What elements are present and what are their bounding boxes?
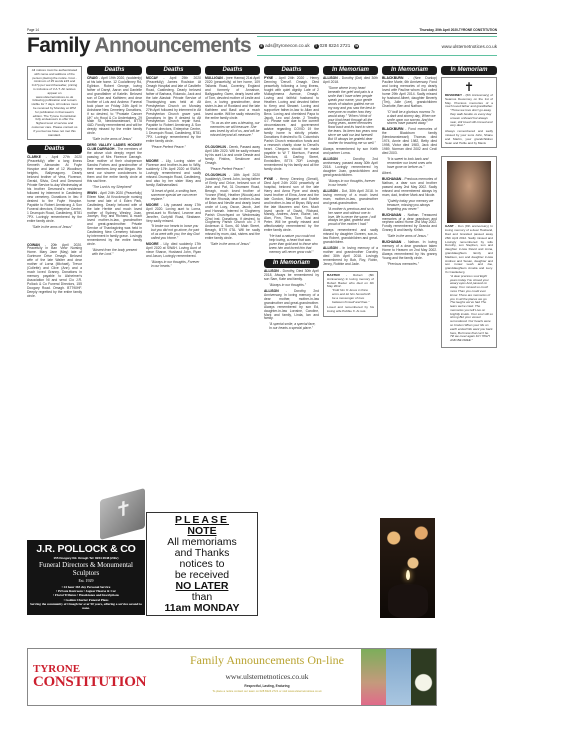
notice-verse: "To us as she was a blessing, our memori… [205,122,260,138]
notice-entry: BLACKBURN - Fond memories of the Blackbu… [382,128,437,156]
column-2: Deaths CRAIG - April 19th 2020, (suddenl… [87,66,142,259]
notice-verse: "Safe in the arms of Jesus." [382,235,437,239]
notice-entry: MOORE - Lily, Loving sister of Florence … [146,160,201,188]
notice-entry: COWAN - 20th April 2020. Peacefully in B… [27,244,82,299]
notice-verse: "Fold him O Jesus in thine arms and let … [327,289,374,304]
column-5: Deaths PYNE - April 24th 2020 - Henry De… [264,66,319,333]
title-family: Family [27,34,90,57]
notice-entry: MULLIGAN - (nee Hanna) 21st April 2020 (… [205,77,260,120]
notice-verse: "A special smile, a special face, In our… [264,323,319,331]
notice-entry: CLARKE - April 27th 2020 (Peacefully) af… [27,156,82,223]
notice-entry: BUCHANAN - Precious memories of Nathan, … [382,178,437,198]
notice-entry: PYNE - Henry Denning (Denzil), Died Apri… [264,178,319,233]
notice-entry: BUCHANAN - Nathan. Treasured memories of… [382,214,437,234]
banner-text: Family Announcements On-line www.ulstern… [173,649,361,705]
pollock-advert: J.R. POLLOCK & CO 155 Doogary Rd. Omagh … [27,540,145,615]
contact-bar: Eads@tyronecon.co.uk T028 8224 2721 W ww… [257,36,497,56]
please-note-box: PLEASE NOTE All memoriams and Thanks not… [146,512,258,616]
memoriam-heading: In Memoriam [323,66,378,75]
notice-entry: ALLISON - Dot, 30th April 2018. In lovin… [323,190,378,206]
lily-photo [411,649,436,705]
notice-entry: MOORE - Lily, died suddenly 17th April 2… [146,243,201,259]
advert-address: 155 Doogary Rd. Omagh Tel: 8224 2048 (24… [27,556,145,560]
banner-images [361,649,436,705]
advert-company-name: J.R. POLLOCK & CO [27,543,145,555]
notice-entry: BLACKBURN - (Nee Dunlop) Pauline Marie, … [382,77,437,109]
gant-notice-box: GANT - Don (8th anniversary) In loving m… [441,156,497,348]
web-icon: W [354,44,359,49]
child-photo [361,649,386,705]
notice-verse: "Always in our thoughts, Forever in our … [146,261,201,269]
notice-entry: IRWIN - April 24th 2020 (Peacefully) Eil… [87,192,142,247]
notice-verse: "Quietly today your memory we treasure, … [382,200,437,212]
advert-established: Est. 1929 [27,578,145,583]
notice-verse: "Peace Perfect Peace." [146,146,201,150]
notice-verse: "Always in our thoughts." [264,284,319,288]
portrait-photo [447,161,491,223]
phone-icon: T [314,44,319,49]
memoriam-heading: In Memoriam [441,66,497,75]
notice-entry: Always remembered and sadly missed by da… [323,229,378,245]
flame-icon [406,570,410,580]
memoriam-heading: In Memoriam [382,66,437,75]
notice-verse: "Peace Perfect Peace." [205,168,260,172]
notice-entry: PYNE - April 24th 2020 - Henry Denning '… [264,77,319,172]
notice-entry: MOORE - Lily passed away 17th April 2020… [146,204,201,224]
baxter-notice-box: BAXTER - Robert (8th Anniversary) In lov… [323,271,378,317]
notice-entry: Albert. [382,172,437,176]
column-7: In Memoriam BLACKBURN - (Nee Dunlop) Pau… [382,66,437,269]
notice-verse: "Precious memories." [382,263,437,267]
notice-verse: "Absent from the body present with the L… [87,249,142,257]
notice-entry: BUCHANAN - Nathan. In loving memory of a… [382,241,437,261]
column-3: Deaths MCCAY - April 25th 2020 (Peaceful… [146,66,201,271]
email-icon: E [259,44,264,49]
banner-contact: To place a notice contact our team on 02… [173,689,361,693]
notice-verse: "O' twill be a glorious morrow To a dark… [382,111,437,127]
deaths-heading: Deaths [27,145,82,154]
online-banner[interactable]: TYRONE CONSTITUTION Family Announcements… [27,648,437,706]
deaths-heading: Deaths [87,66,142,75]
notice-entry: ALLISON - Dorothy (Dot) died 30th April … [323,77,378,85]
notice-verse: "It broke our hearts to loose you but yo… [146,225,201,241]
notice-verse: "Safe in the arms of Jesus" [27,226,82,230]
dove-photo [386,649,411,705]
banner-tagline: Respectful, Lasting, Enduring [173,684,361,688]
column-1: All notices must be authenticated with n… [27,66,82,301]
advert-services: • 24 hour 365 day Personal Service • Pri… [27,585,145,602]
deaths-heading: Deaths [146,66,201,75]
notice-entry: ALLISON - Dorothy, 2nd anniversary, pass… [323,158,378,178]
phone-number[interactable]: 028 8224 2721 [320,43,351,48]
column-8: In Memoriam ✝ DEVENNEY - (6th Anniversar… [441,66,497,348]
notice-entry: DERG VALLEY LADIES HOCKEY CLUB DARRAGH -… [87,144,142,184]
notice-verse: "Safe in the arms of Jesus" [205,243,260,247]
notice-verse: "A heart of gold, a smiling face, someon… [146,190,201,202]
notice-entry: ALLISON - Dorothy, 2nd Anniversary, In l… [264,290,319,322]
notice-entry: O'LOUGHLIN - Derek, Passed away April 18… [205,146,260,166]
devenney-notice-box: ✝ DEVENNEY - (6th Anniversary) of Seamus… [441,77,497,148]
notice-verse: "A mother is precious and so is her name… [323,208,378,228]
notice-entry: O'LOUGHLIN - 18th April 2020 (suddenly),… [205,174,260,241]
deaths-heading: Deaths [264,66,319,75]
notice-verse: "He had a nature you could not help lovi… [264,235,319,255]
page-title: Family Announcements [27,35,251,57]
advert-footer: Serving the community of Omagh for over … [27,603,145,611]
email-link[interactable]: ads@tyronecon.co.uk [265,43,310,48]
cross-icon: ✝ [115,498,132,522]
cross-icon: ✝ [445,80,493,94]
notice-verse: "Some where in my heart beneath the grie… [323,87,378,146]
title-announcements: Announcements [94,34,251,57]
notice-verse: "It is sweet to look back and remember o… [382,158,437,170]
notice-entry: ALLISON - In loving memory of a mother a… [323,247,378,267]
notice-entry: Always remembered by son Keith and partn… [323,148,378,156]
notice-verse: "Always in our thoughts, forever in our … [323,180,378,188]
column-6: In Memoriam ALLISON - Dorothy (Dot) died… [323,66,378,317]
notice-verse: "The Lord is my Shepherd" [87,186,142,190]
notice-entry: MCCAY - April 25th 2020 (Peacefully) Jam… [146,77,201,144]
page-number: Page 14 [27,28,39,32]
candle-photo [380,518,435,618]
notice-policy-box: All notices must be authenticated with n… [27,66,82,140]
notice-verse: "Safe in the arms of Jesus" [87,138,142,142]
newspaper-page: Page 14 Thursday, 30th April 2020-TYRONE… [27,28,497,57]
notice-verse: "A dear precious soul Eight years today … [445,275,493,343]
notice-verse: "Those we love don't go away, they walk … [445,109,493,128]
notice-entry: CRAIG - April 19th 2020, (suddenly) at h… [87,77,142,136]
banner-heading: Family Announcements On-line [173,653,361,668]
banner-url[interactable]: www.ulsternetnotices.co.uk [173,672,361,681]
page-header: Family Announcements Eads@tyronecon.co.u… [27,35,497,57]
notice-entry: ALLISON - Dorothy, Died 30th April 2018,… [264,270,319,282]
website-link[interactable]: www.ulsternetnotices.co.uk [442,44,497,49]
column-4: Deaths MULLIGAN - (nee Hanna) 21st April… [205,66,260,249]
advert-tagline: Funeral Directors & Monumental Sculptors [27,562,145,577]
dateline: Thursday, 30th April 2020-TYRONE CONSTIT… [419,28,497,32]
deaths-heading: Deaths [205,66,260,75]
memoriam-heading: In Memoriam [264,259,319,268]
tyrone-constitution-logo: TYRONE CONSTITUTION [28,649,173,705]
